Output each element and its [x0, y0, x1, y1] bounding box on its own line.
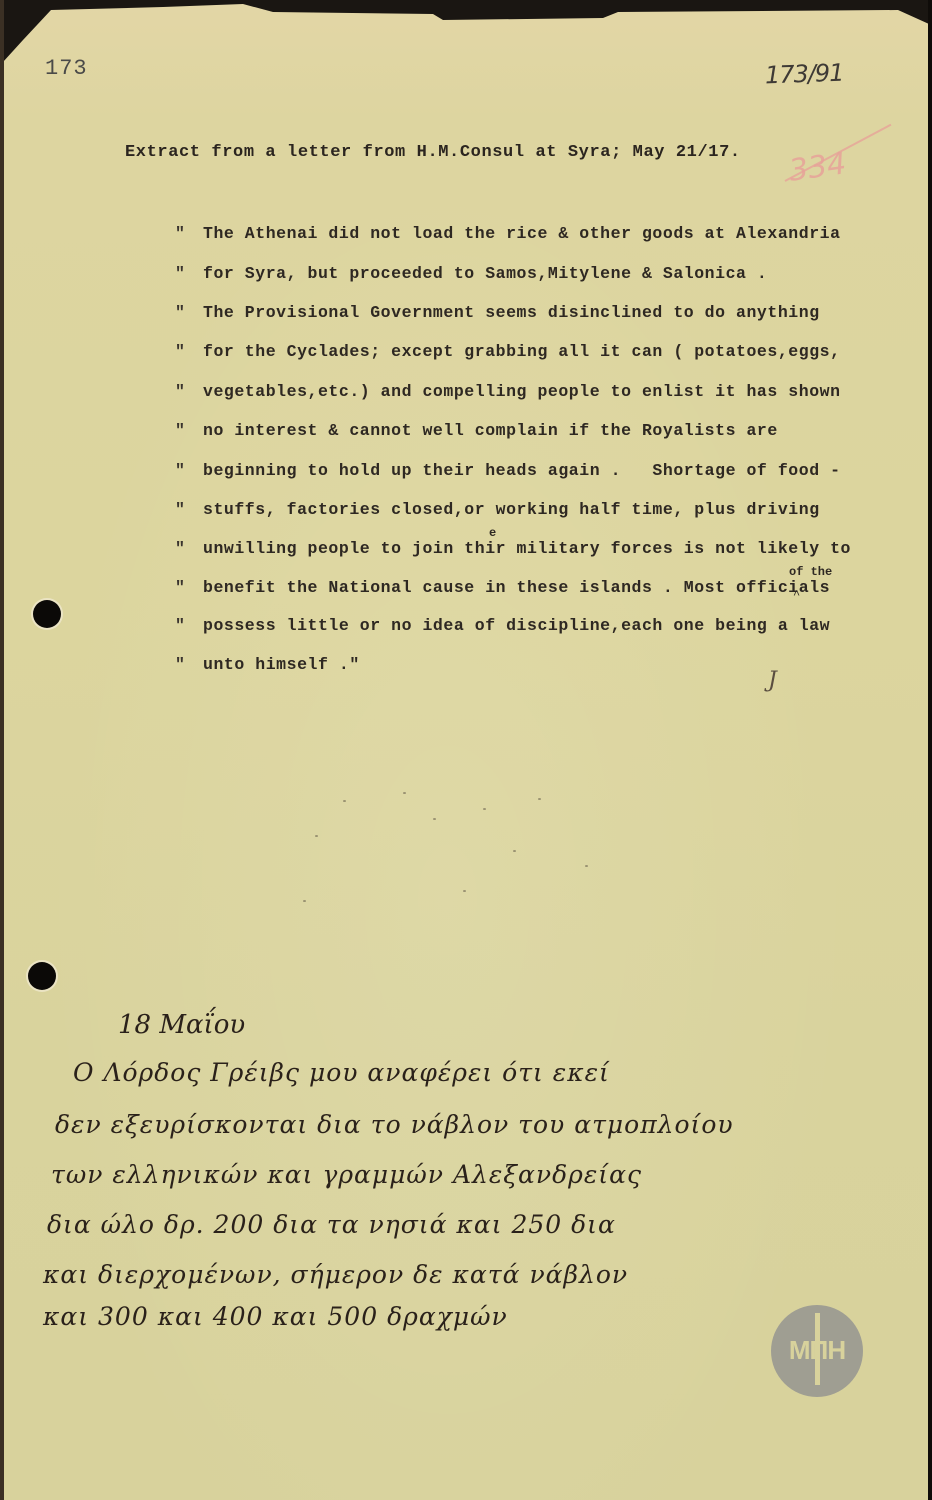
typed-line-text: for the Cyclades; except grabbing all it… — [203, 342, 841, 361]
scan-right-edge — [928, 0, 932, 1500]
stamp-label: ΜΠΗ — [771, 1335, 863, 1366]
document-heading: Extract from a letter from H.M.Consul at… — [125, 143, 741, 162]
archive-stamp-logo: ΜΠΗ — [771, 1305, 863, 1397]
typed-line-text: unwilling people to join thir military f… — [203, 539, 851, 558]
typed-line: "unwilling people to join thir military … — [175, 539, 851, 558]
quote-mark: " — [175, 616, 203, 635]
typed-line: "The Athenai did not load the rice & oth… — [175, 224, 841, 243]
document-page: 173 173/91 334 Extract from a letter fro… — [3, 0, 929, 1500]
handwritten-line: δια ώλο δρ. 200 δια τα νησιά και 250 δια — [47, 1210, 616, 1239]
typed-line-text: for Syra, but proceeded to Samos,Mitylen… — [203, 264, 767, 283]
typed-line-text: no interest & cannot well complain if th… — [203, 421, 778, 440]
handwritten-line: και 300 και 400 και 500 δραχμών — [43, 1302, 508, 1331]
typed-line: "benefit the National cause in these isl… — [175, 578, 830, 597]
handwritten-line: Ο Λόρδος Γρέιβς μου αναφέρει ότι εκεί — [73, 1058, 610, 1087]
inserted-letter: e — [489, 526, 496, 540]
quote-mark: " — [175, 539, 203, 558]
quote-mark: " — [175, 578, 203, 597]
quote-mark: " — [175, 342, 203, 361]
folio-number: 173 — [45, 56, 88, 81]
quote-mark: " — [175, 461, 203, 480]
typed-line: "The Provisional Government seems disinc… — [175, 303, 820, 322]
insertion-caret: ^ — [793, 588, 800, 602]
typed-line-text: possess little or no idea of discipline,… — [203, 616, 830, 635]
typed-line-text: vegetables,etc.) and compelling people t… — [203, 382, 841, 401]
quote-mark: " — [175, 421, 203, 440]
typed-line-text: The Athenai did not load the rice & othe… — [203, 224, 841, 243]
quote-mark: " — [175, 224, 203, 243]
quote-mark: " — [175, 500, 203, 519]
typed-line-text: The Provisional Government seems disincl… — [203, 303, 820, 322]
typed-line-text: unto himself ." — [203, 655, 360, 674]
paper-specks — [303, 780, 623, 900]
typed-line: "stuffs, factories closed,or working hal… — [175, 500, 820, 519]
typed-line: "beginning to hold up their heads again … — [175, 461, 841, 480]
handwritten-line: και διερχομένων, σήμερον δε κατά νάβλον — [43, 1260, 628, 1289]
quote-mark: " — [175, 655, 203, 674]
typed-line: "for Syra, but proceeded to Samos,Mityle… — [175, 264, 767, 283]
typed-line-text: stuffs, factories closed,or working half… — [203, 500, 820, 519]
handwritten-date: 18 Μαΐου — [118, 1010, 245, 1040]
typed-line: "no interest & cannot well complain if t… — [175, 421, 778, 440]
pencil-tick-mark: J — [768, 668, 777, 693]
punch-hole-icon — [28, 962, 56, 990]
typed-line: "for the Cyclades; except grabbing all i… — [175, 342, 841, 361]
typed-line-text: beginning to hold up their heads again .… — [203, 461, 841, 480]
typed-line: "possess little or no idea of discipline… — [175, 616, 830, 635]
quote-mark: " — [175, 382, 203, 401]
scan-left-edge — [0, 0, 4, 1500]
quote-mark: " — [175, 303, 203, 322]
inserted-words: of the — [789, 565, 832, 579]
punch-hole-icon — [33, 600, 61, 628]
handwritten-line: των ελληνικών και γραμμών Αλεξανδρείας — [51, 1160, 642, 1189]
archive-reference: 173/91 — [765, 59, 844, 90]
typed-line: "unto himself ." — [175, 655, 360, 674]
handwritten-line: δεν εξευρίσκονται δια το νάβλον του ατμο… — [55, 1110, 734, 1139]
typed-line-text: benefit the National cause in these isla… — [203, 578, 830, 597]
quote-mark: " — [175, 264, 203, 283]
typed-line: "vegetables,etc.) and compelling people … — [175, 382, 841, 401]
